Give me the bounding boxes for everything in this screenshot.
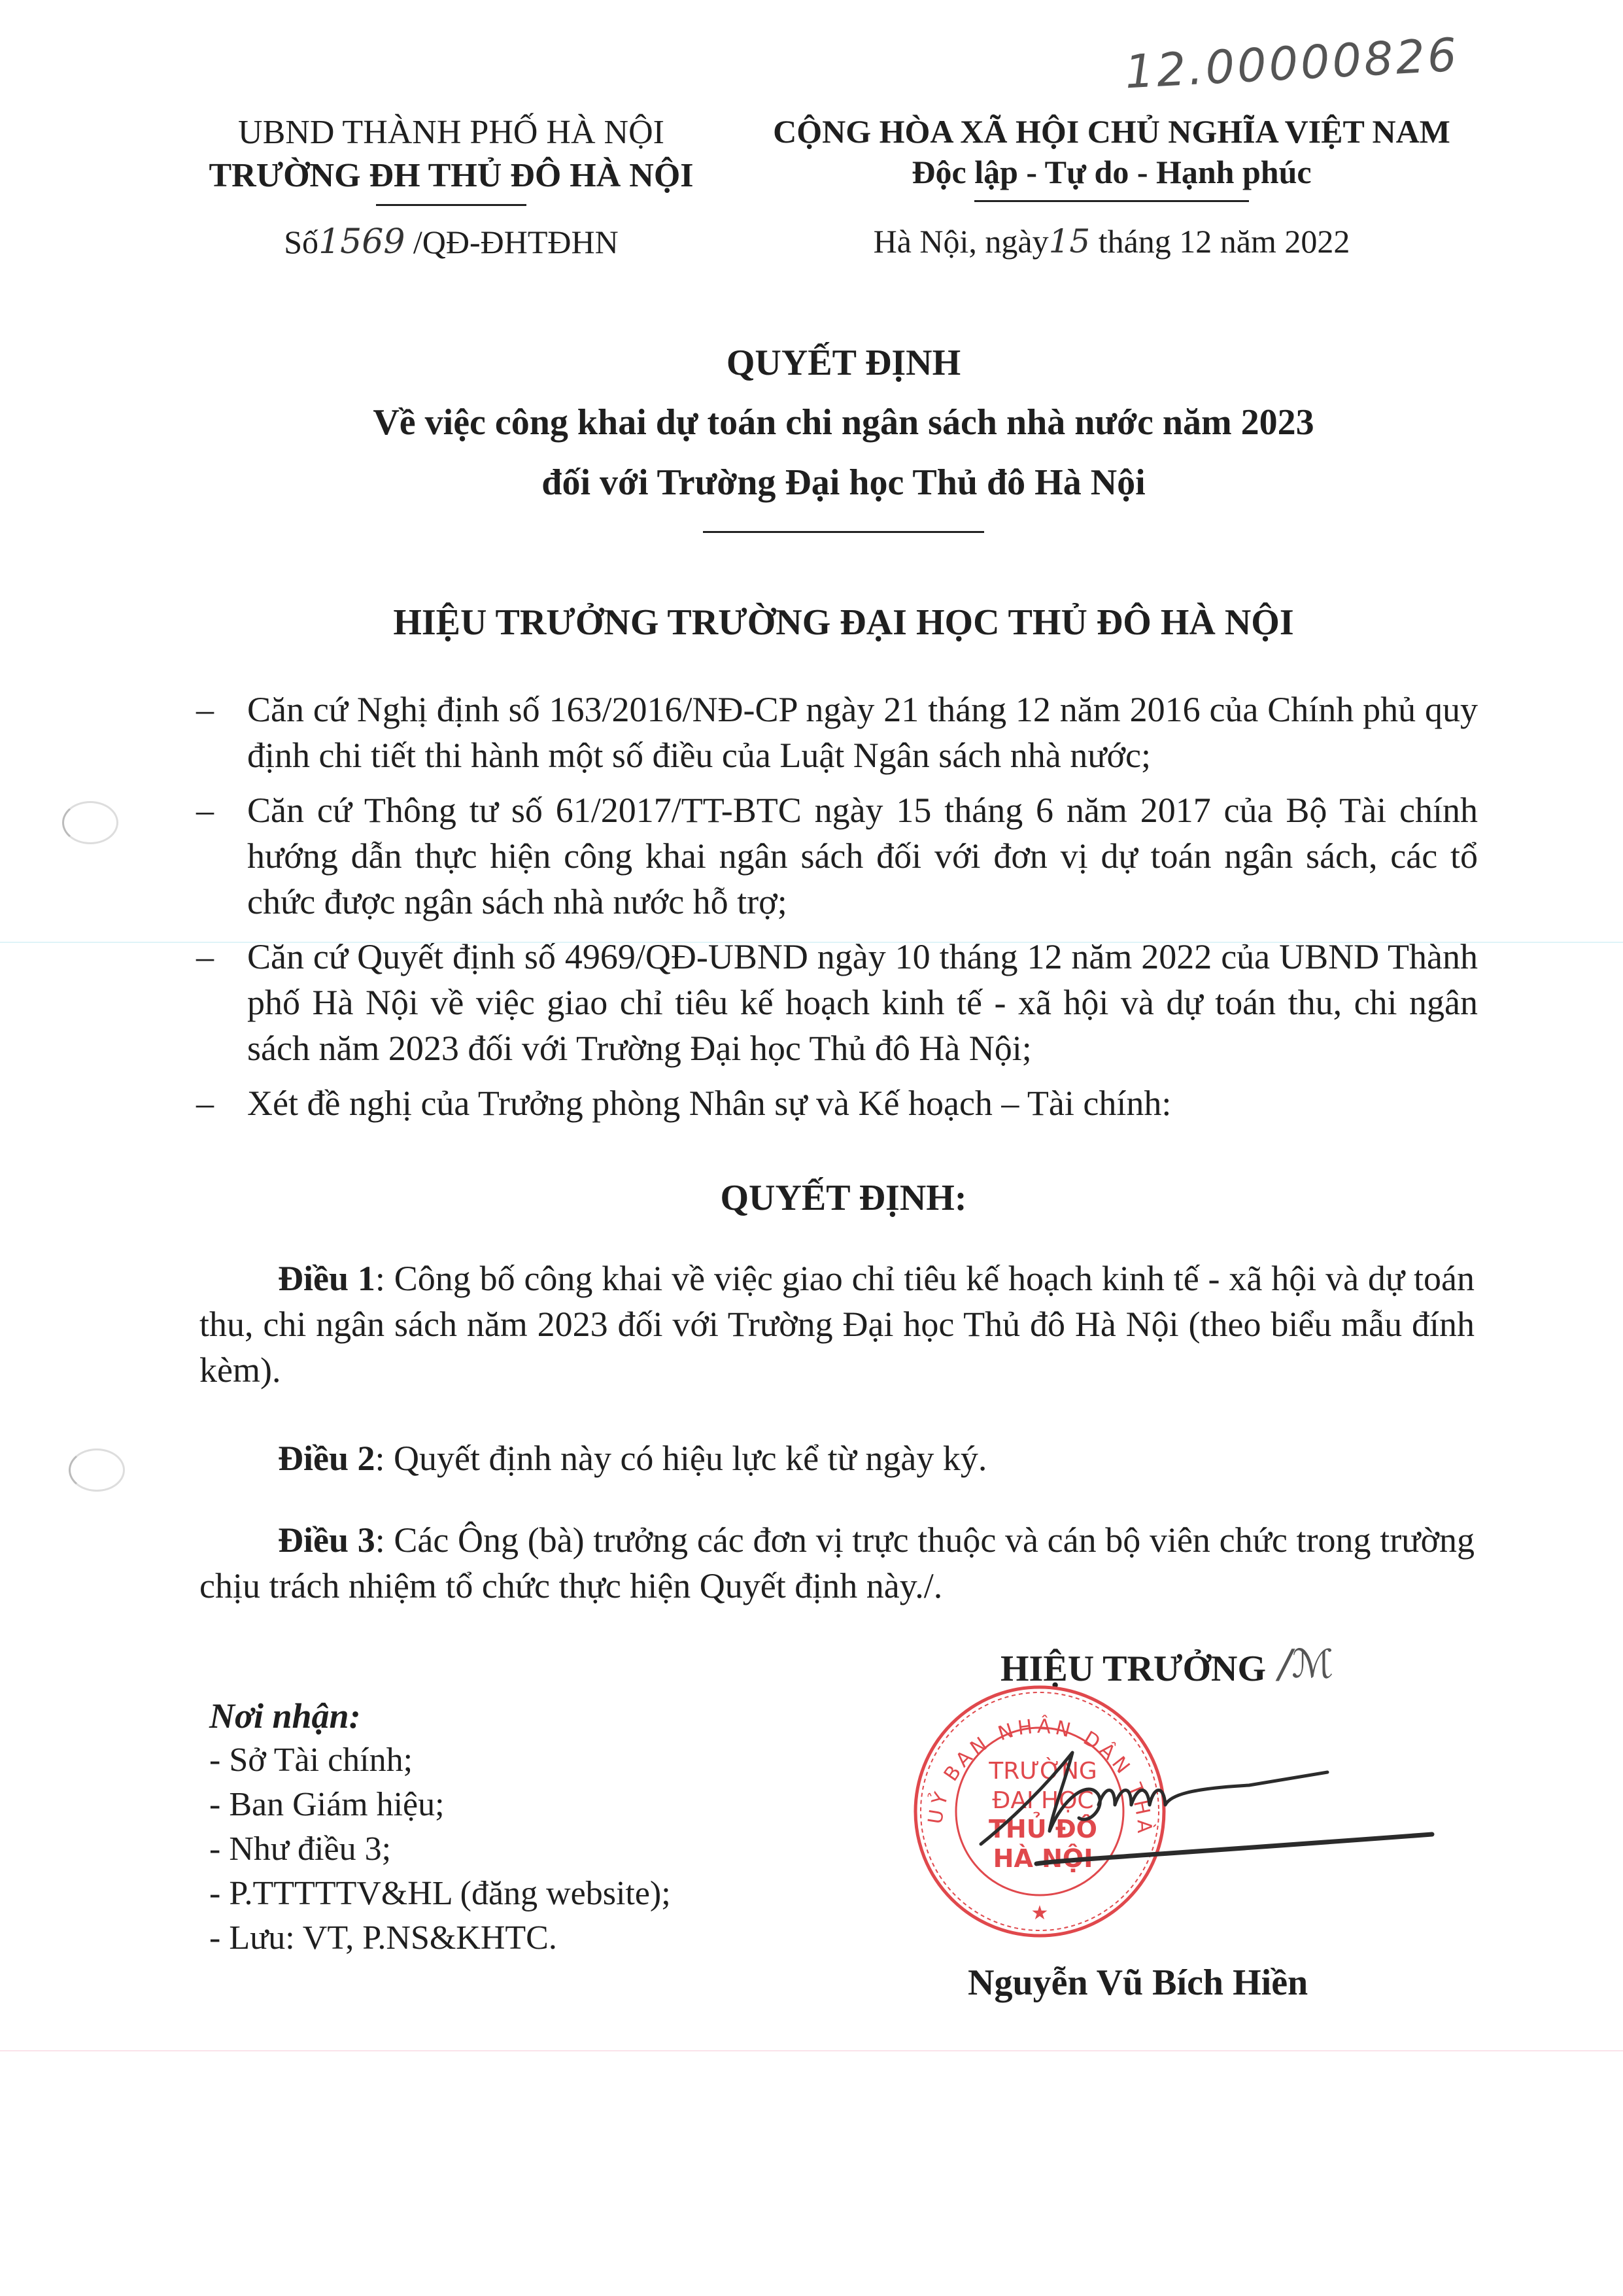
recipients-heading: Nơi nhận: <box>209 1694 671 1738</box>
document-subject-line-1: Về việc công khai dự toán chi ngân sách … <box>196 392 1491 453</box>
recipient-item: - Lưu: VT, P.NS&KHTC. <box>209 1916 671 1961</box>
document-subject-line-2: đối với Trường Đại học Thủ đô Hà Nội <box>196 453 1491 513</box>
number-suffix: /QĐ-ĐHTĐHN <box>405 224 618 260</box>
legal-basis-text: Xét đề nghị của Trưởng phòng Nhân sự và … <box>247 1080 1478 1126</box>
registration-number-handwritten: 12.00000826 <box>1123 28 1460 99</box>
date-day-handwritten: 15 <box>1049 222 1091 260</box>
document-type: QUYẾT ĐỊNH <box>196 334 1491 392</box>
bullet-dash: – <box>196 687 247 778</box>
recipient-item: - Ban Giám hiệu; <box>209 1783 671 1827</box>
article-2: Điều 2: Quyết định này có hiệu lực kể từ… <box>199 1435 1475 1481</box>
decision-heading: QUYẾT ĐỊNH: <box>196 1177 1491 1219</box>
parent-authority: UBND THÀNH PHỐ HÀ NỘI <box>196 111 706 154</box>
article-label: Điều 3 <box>278 1520 375 1560</box>
legal-basis-item: – Căn cứ Nghị định số 163/2016/NĐ-CP ngà… <box>196 687 1478 778</box>
place-and-date: Hà Nội, ngày15 tháng 12 năm 2022 <box>752 222 1471 260</box>
handwritten-initial: /ℳ <box>1278 1641 1333 1687</box>
header-right-rule <box>974 200 1249 202</box>
legal-basis-item: – Căn cứ Quyết định số 4969/QĐ-UBND ngày… <box>196 934 1478 1071</box>
authority-heading: HIỆU TRƯỞNG TRƯỜNG ĐẠI HỌC THỦ ĐÔ HÀ NỘI <box>196 602 1491 643</box>
handwritten-signature-icon <box>974 1733 1458 1877</box>
legal-basis-text: Căn cứ Nghị định số 163/2016/NĐ-CP ngày … <box>247 687 1478 778</box>
article-3: Điều 3: Các Ông (bà) trưởng các đơn vị t… <box>199 1517 1475 1609</box>
legal-bases: – Căn cứ Nghị định số 163/2016/NĐ-CP ngà… <box>196 687 1478 1135</box>
article-text: : Các Ông (bà) trưởng các đơn vị trực th… <box>199 1520 1475 1605</box>
date-prefix: Hà Nội, ngày <box>874 223 1049 260</box>
punch-hole-mark <box>62 801 118 844</box>
nation-name: CỘNG HÒA XÃ HỘI CHỦ NGHĨA VIỆT NAM <box>752 111 1471 152</box>
article-1: Điều 1: Công bố công khai về việc giao c… <box>199 1256 1475 1393</box>
recipients-list: Nơi nhận: - Sở Tài chính; - Ban Giám hiệ… <box>209 1694 671 1961</box>
article-text: : Công bố công khai về việc giao chỉ tiê… <box>199 1259 1475 1390</box>
national-motto: Độc lập - Tự do - Hạnh phúc <box>752 152 1471 192</box>
article-text: : Quyết định này có hiệu lực kể từ ngày … <box>375 1439 987 1478</box>
number-handwritten: 1569 <box>318 222 405 262</box>
svg-text:★: ★ <box>1031 1902 1049 1925</box>
title-rule <box>703 531 984 533</box>
bullet-dash: – <box>196 787 247 925</box>
bullet-dash: – <box>196 1080 247 1126</box>
scan-line-artifact <box>0 2050 1623 2051</box>
national-header: CỘNG HÒA XÃ HỘI CHỦ NGHĨA VIỆT NAM Độc l… <box>752 111 1471 202</box>
legal-basis-item: – Căn cứ Thông tư số 61/2017/TT-BTC ngày… <box>196 787 1478 925</box>
document-number: Số1569 /QĐ-ĐHTĐHN <box>196 222 706 262</box>
bullet-dash: – <box>196 934 247 1071</box>
scan-line-artifact <box>0 942 1623 943</box>
header-left-rule <box>376 204 526 206</box>
recipient-item: - Sở Tài chính; <box>209 1738 671 1783</box>
recipient-item: - P.TTTTTV&HL (đăng website); <box>209 1872 671 1916</box>
recipient-item: - Như điều 3; <box>209 1827 671 1872</box>
legal-basis-text: Căn cứ Thông tư số 61/2017/TT-BTC ngày 1… <box>247 787 1478 925</box>
article-label: Điều 1 <box>278 1259 375 1298</box>
document-title-block: QUYẾT ĐỊNH Về việc công khai dự toán chi… <box>196 334 1491 533</box>
signer-name: Nguyễn Vũ Bích Hiền <box>968 1962 1308 2004</box>
legal-basis-text: Căn cứ Quyết định số 4969/QĐ-UBND ngày 1… <box>247 934 1478 1071</box>
number-prefix: Số <box>284 224 318 260</box>
legal-basis-item: – Xét đề nghị của Trưởng phòng Nhân sự v… <box>196 1080 1478 1126</box>
institution-name: TRƯỜNG ĐH THỦ ĐÔ HÀ NỘI <box>196 154 706 197</box>
article-label: Điều 2 <box>278 1439 375 1478</box>
issuing-authority-header: UBND THÀNH PHỐ HÀ NỘI TRƯỜNG ĐH THỦ ĐÔ H… <box>196 111 706 206</box>
punch-hole-mark <box>69 1448 125 1492</box>
date-suffix: tháng 12 năm 2022 <box>1090 223 1350 260</box>
